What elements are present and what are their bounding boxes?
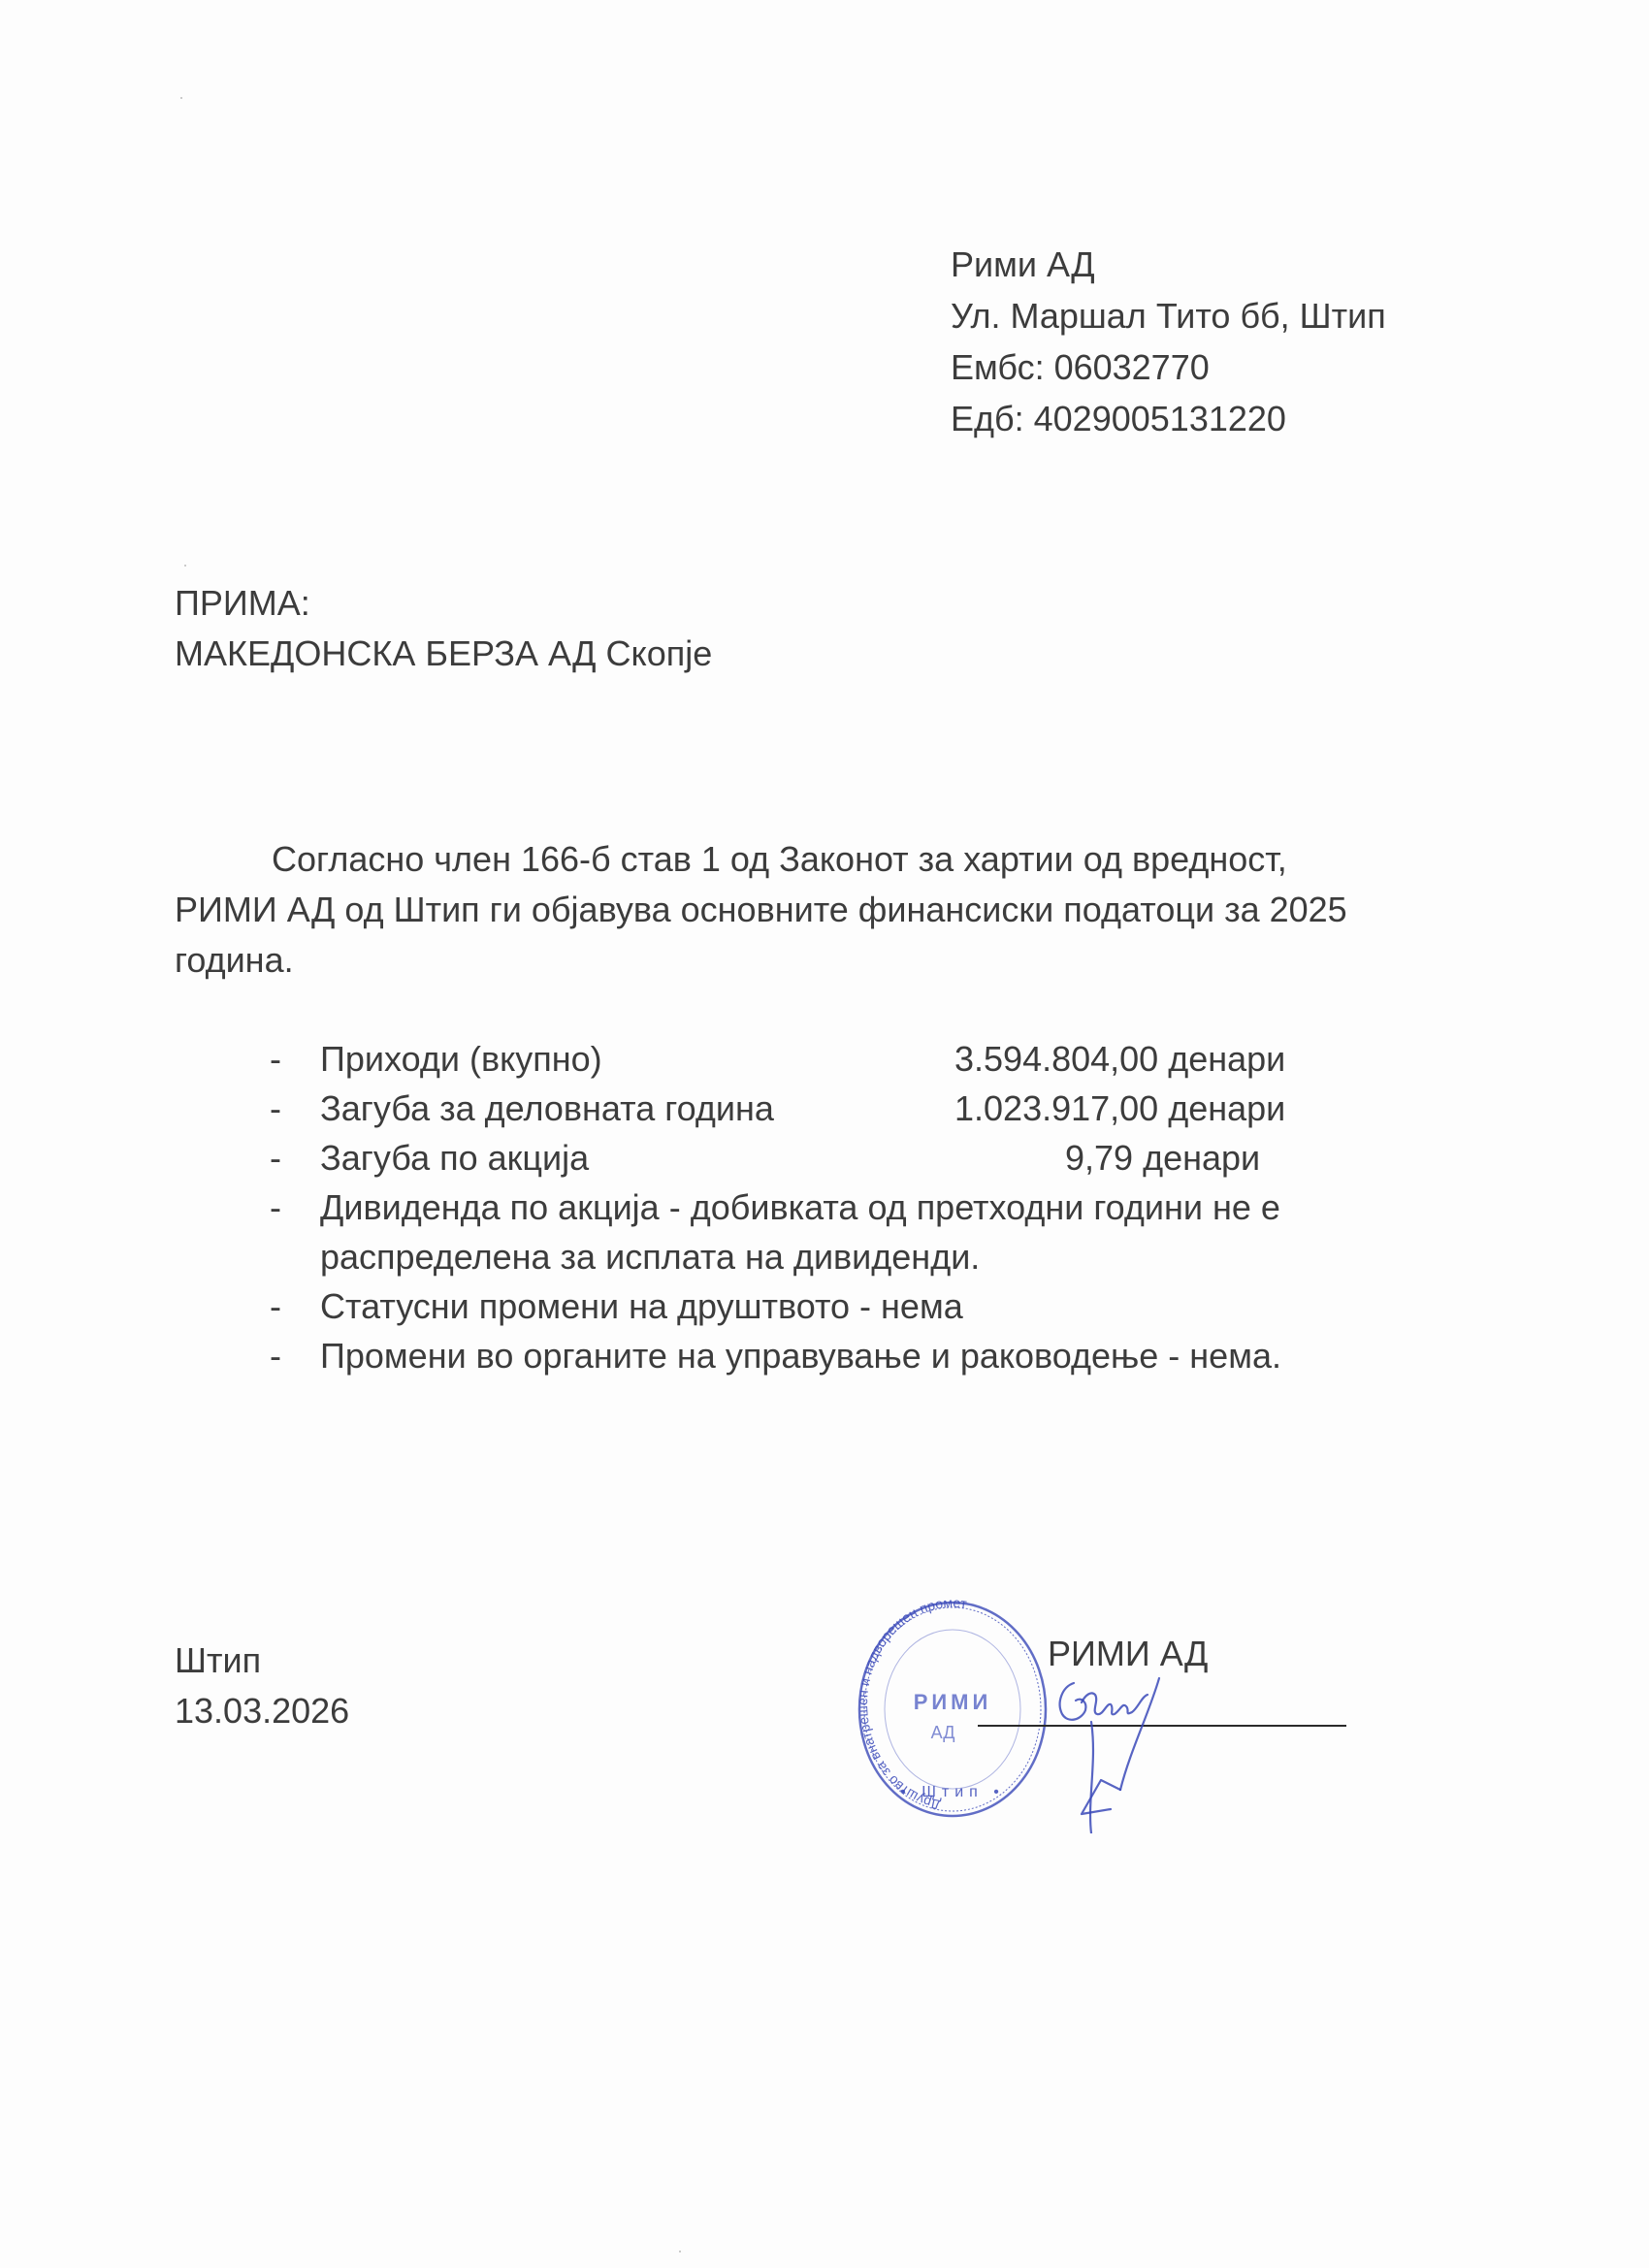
bullet-dash: -	[270, 1331, 281, 1380]
bullet-dash: -	[270, 1133, 281, 1183]
recipient-label: ПРИМА:	[175, 578, 712, 629]
svg-text:АД: АД	[931, 1723, 955, 1742]
scan-speck	[184, 565, 186, 567]
item-amount: 1.023.917,00 денари	[954, 1084, 1285, 1133]
bullet-dash: -	[270, 1084, 281, 1133]
bullet-dash: -	[270, 1183, 281, 1232]
scan-speck	[679, 2251, 681, 2252]
svg-text:• Штип •: • Штип •	[900, 1784, 1005, 1800]
signatory-company: РИМИ АД	[1048, 1635, 1208, 1673]
body-paragraph: Согласно член 166-б став 1 од Законот за…	[175, 834, 1377, 986]
place-date-block: Штип 13.03.2026	[175, 1636, 349, 1736]
sender-embs: Ембс: 06032770	[951, 341, 1386, 393]
scan-speck	[180, 97, 182, 99]
item-label: Промени во органите на управување и рако…	[320, 1336, 1281, 1376]
item-label: Загуба по акција	[320, 1138, 589, 1178]
list-item-status-changes: - Статусни промени на друштвото - нема	[175, 1281, 1377, 1331]
list-item-loss-per-share: - Загуба по акција 9,79 денари	[175, 1133, 1377, 1183]
signature-block: Друштво за внатрешен и надворешен промет…	[834, 1581, 1377, 1833]
date: 13.03.2026	[175, 1686, 349, 1736]
document-page: Рими АД Ул. Маршал Тито бб, Штип Ембс: 0…	[0, 0, 1649, 2268]
list-item-annual-loss: - Загуба за деловната година 1.023.917,0…	[175, 1084, 1377, 1133]
item-label: Дивиденда по акција - добивката од претх…	[320, 1187, 1280, 1277]
svg-text:РИМИ: РИМИ	[914, 1690, 992, 1714]
bullet-dash: -	[270, 1281, 281, 1331]
recipient-name: МАКЕДОНСКА БЕРЗА АД Скопје	[175, 629, 712, 679]
list-item-dividend: - Дивиденда по акција - добивката од пре…	[175, 1183, 1377, 1281]
sender-company: Рими АД	[951, 239, 1386, 290]
sender-block: Рими АД Ул. Маршал Тито бб, Штип Ембс: 0…	[951, 239, 1386, 444]
company-stamp-icon: Друштво за внатрешен и надворешен промет…	[856, 1593, 1050, 1826]
recipient-block: ПРИМА: МАКЕДОНСКА БЕРЗА АД Скопје	[175, 578, 712, 679]
financial-items-list: - Приходи (вкупно) 3.594.804,00 денари -…	[175, 1034, 1377, 1380]
bullet-dash: -	[270, 1034, 281, 1084]
sender-address: Ул. Маршал Тито бб, Штип	[951, 290, 1386, 341]
item-label: Приходи (вкупно)	[320, 1039, 602, 1079]
sender-edb: Едб: 4029005131220	[951, 393, 1386, 444]
list-item-revenue: - Приходи (вкупно) 3.594.804,00 денари	[175, 1034, 1377, 1084]
list-item-management-changes: - Промени во органите на управување и ра…	[175, 1331, 1377, 1380]
handwritten-signature-icon	[1052, 1673, 1188, 1833]
place: Штип	[175, 1636, 349, 1686]
item-label: Загуба за деловната година	[320, 1088, 774, 1128]
item-label: Статусни промени на друштвото - нема	[320, 1286, 963, 1326]
item-amount: 9,79 денари	[1065, 1133, 1260, 1183]
item-amount: 3.594.804,00 денари	[954, 1034, 1285, 1084]
